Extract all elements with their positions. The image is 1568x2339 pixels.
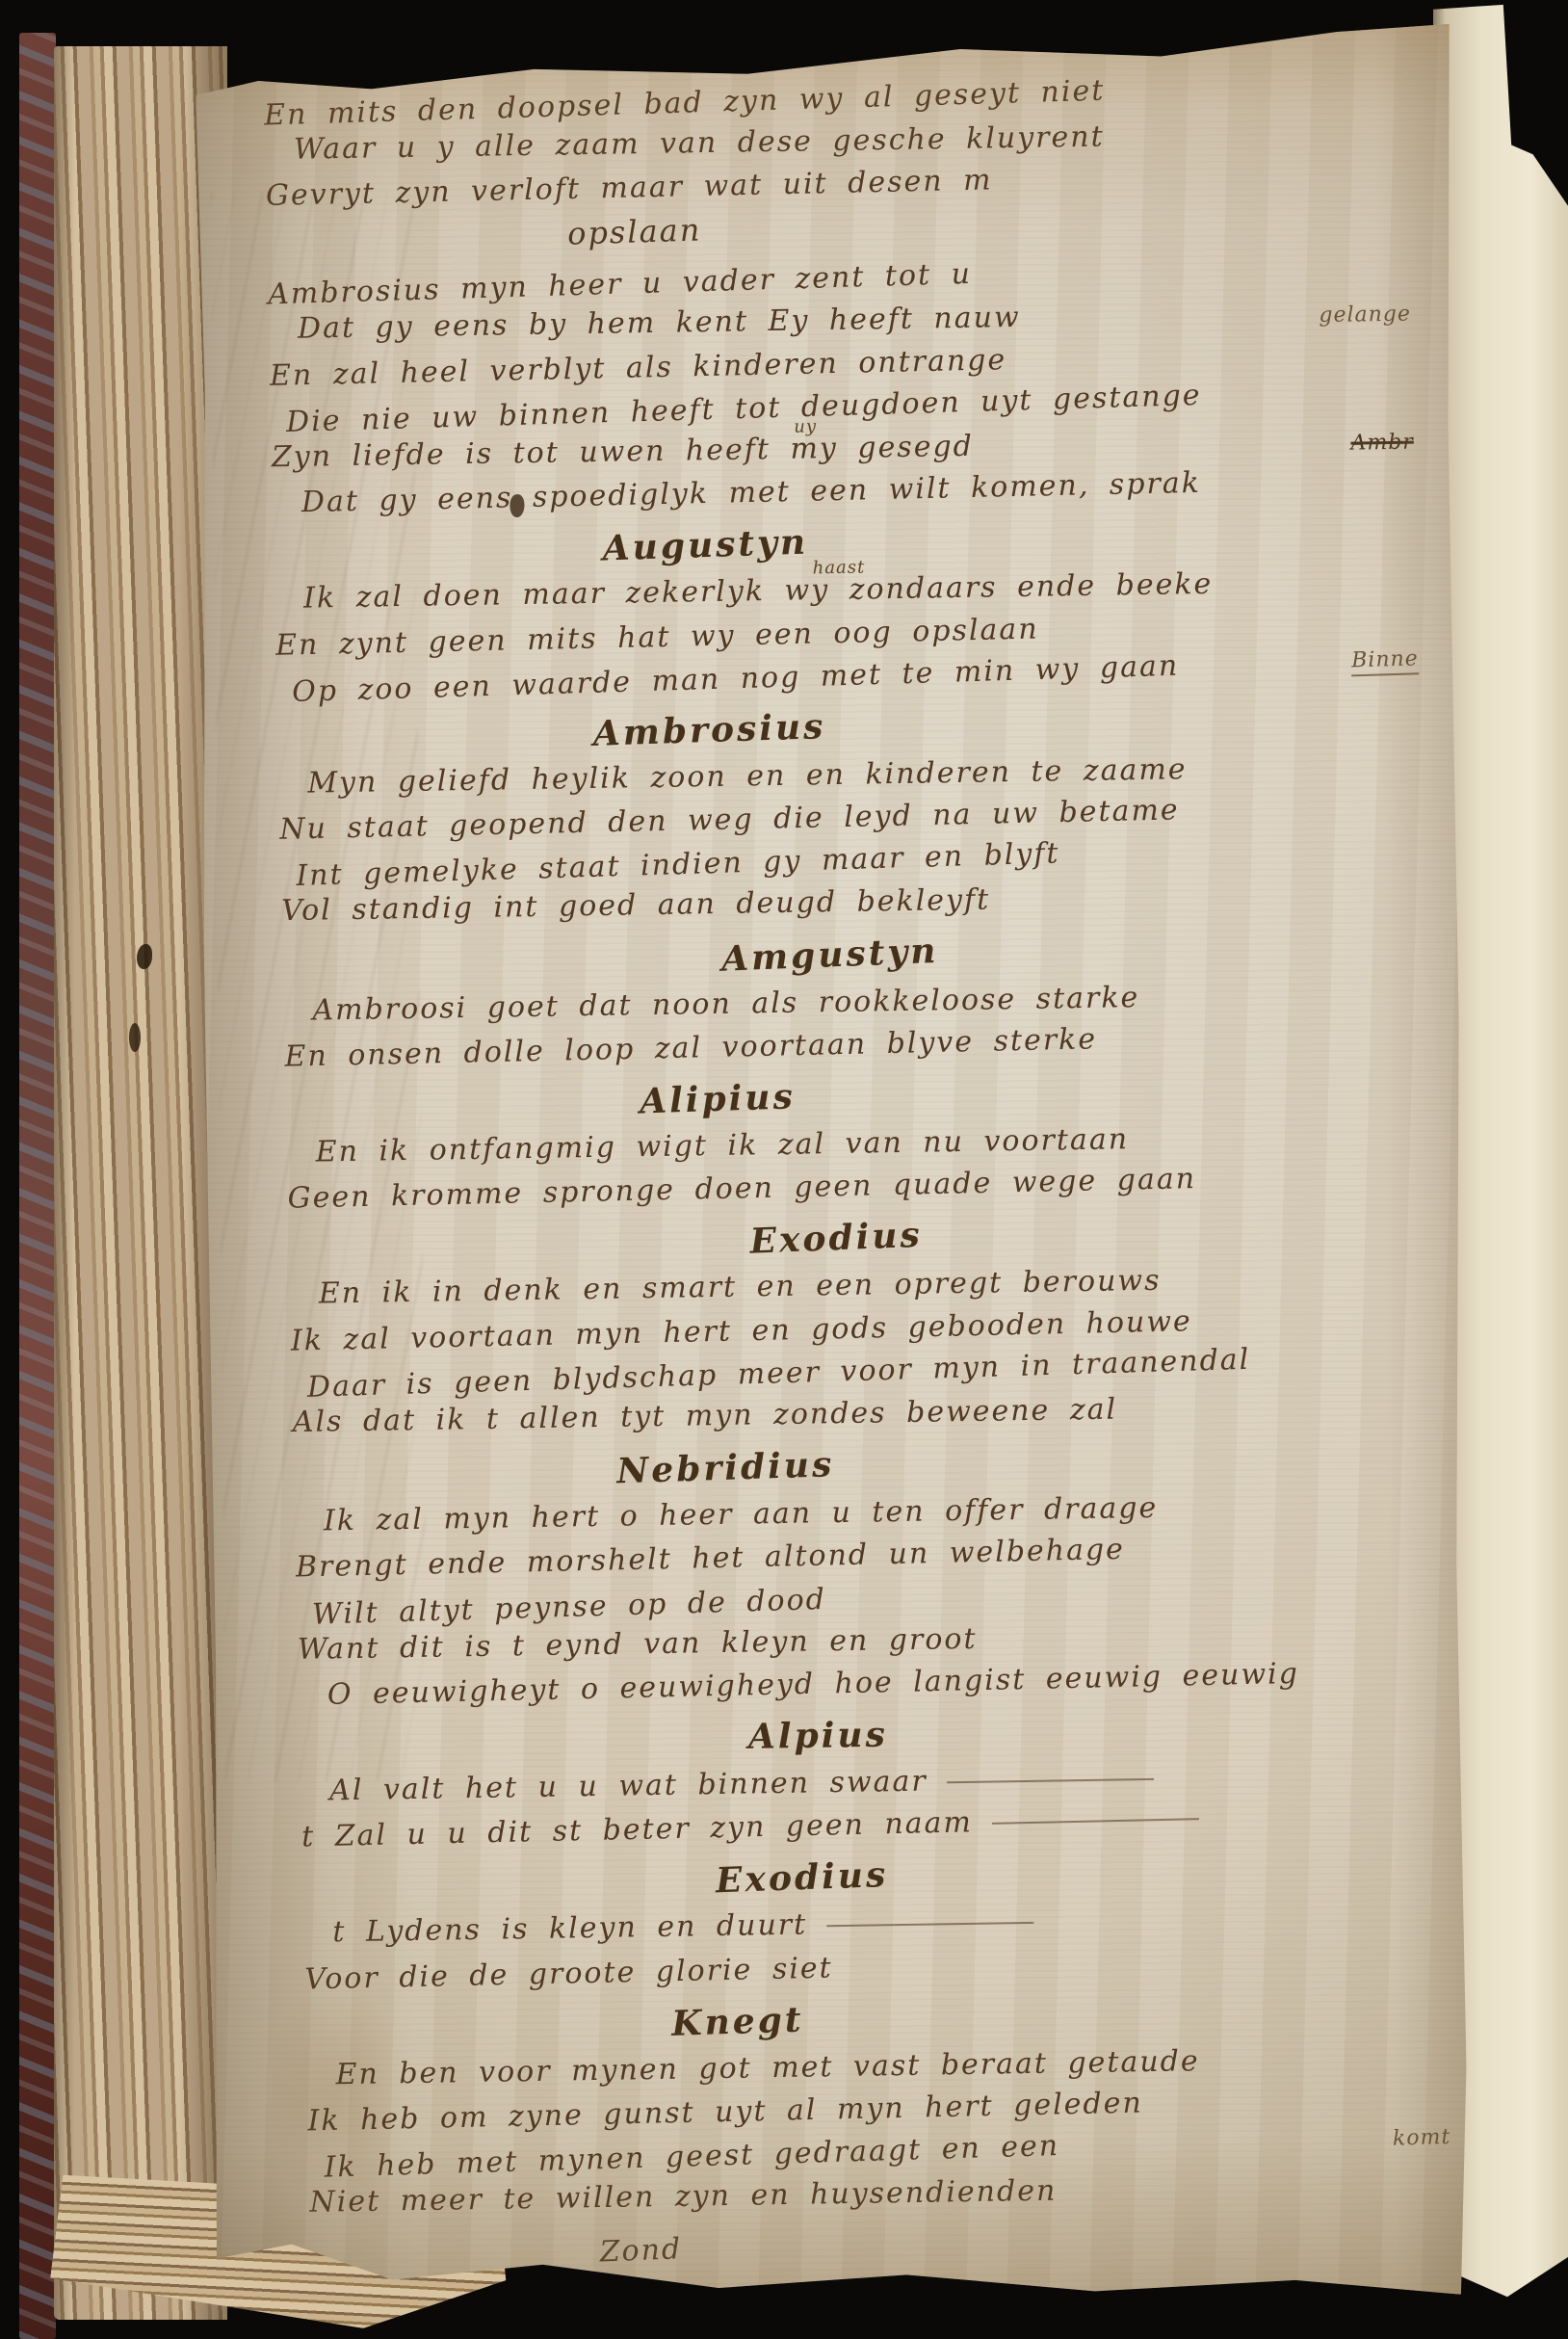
stanza: KnegtEn ben voor mynen got met vast bera… [305, 1986, 1447, 2224]
line-text: Dat gy eens spoediglyk met een wilt kome… [301, 466, 1202, 519]
stanza: ExodiusEn ik in denk en smart en een opr… [288, 1205, 1429, 1443]
line-text: Geen kromme spronge doen geen quade wege… [287, 1162, 1196, 1216]
stanza: Exodiust Lydens is kleyn en duurtVoor di… [302, 1844, 1442, 1997]
stanza: AugustynIk zal doen maar zekerlyk wy zon… [274, 510, 1414, 705]
speaker-heading: Alpius [386, 1709, 1250, 1762]
page-edge-stack [54, 46, 227, 2320]
margin-note: komt [1393, 2124, 1451, 2152]
stanza: NebridiusIk zal myn hert o heer aan u te… [294, 1432, 1436, 1714]
book-photo: En mits den doopsel bad zyn wy al geseyt… [0, 0, 1568, 2339]
margin-note: Binne [1351, 645, 1419, 676]
line-text: Ik zal myn hert o heer aan u ten offer d… [324, 1491, 1159, 1538]
stanza: AmbrosiusMyn geliefd heylik zoon en en k… [277, 695, 1419, 933]
stanza: AmgustynAmbroosi goet dat noon als rookk… [282, 922, 1422, 1075]
ink-smudge [129, 1023, 141, 1052]
line-text: Al valt het u u wat binnen swaar [329, 1761, 1154, 1807]
margin-note: gelange [1319, 302, 1411, 329]
marbled-cover-edge [19, 33, 56, 2339]
line-text: En ik ontfangmig wigt ik zal van nu voor… [315, 1122, 1129, 1169]
line-text: opslaan [567, 211, 702, 251]
line-text: Ik zal doen maar zekerlyk wy zondaars en… [303, 567, 1214, 616]
stanza: Ambrosius myn heer u vader zent tot uDat… [268, 248, 1409, 521]
interlinear-insert: uy [794, 416, 817, 438]
stanza: En mits den doopsel bad zyn wy al geseyt… [264, 68, 1403, 259]
line-text: t Zal u u dit st beter zyn geen naam [301, 1800, 1199, 1853]
stanza: AlipiusEn ik ontfangmig wigt ik zal van … [285, 1064, 1424, 1217]
line-text: O eeuwigheyt o eeuwigheyd hoe langist ee… [327, 1657, 1300, 1712]
stanza: AlpiusAl valt het u u wat binnen swaart … [300, 1702, 1439, 1855]
line-text: En onsen dolle loop zal voortaan blyve s… [284, 1022, 1097, 1073]
line-text: En zal heel verblyt als kinderen ontrang… [270, 343, 1007, 393]
line-text: Myn geliefd heylik zoon en en kinderen t… [307, 752, 1188, 800]
margin-note: Ambr [1350, 430, 1414, 457]
manuscript-text: En mits den doopsel bad zyn wy al geseyt… [263, 55, 1447, 2268]
line-text: En ben voor mynen got met vast beraat ge… [335, 2044, 1200, 2091]
manuscript-page: En mits den doopsel bad zyn wy al geseyt… [196, 17, 1472, 2306]
line-text: t Lydens is kleyn en duurt [332, 1905, 1033, 1949]
line-text: Voor die de groote glorie siet [304, 1951, 833, 1996]
interlinear-insert: haast [813, 558, 866, 580]
